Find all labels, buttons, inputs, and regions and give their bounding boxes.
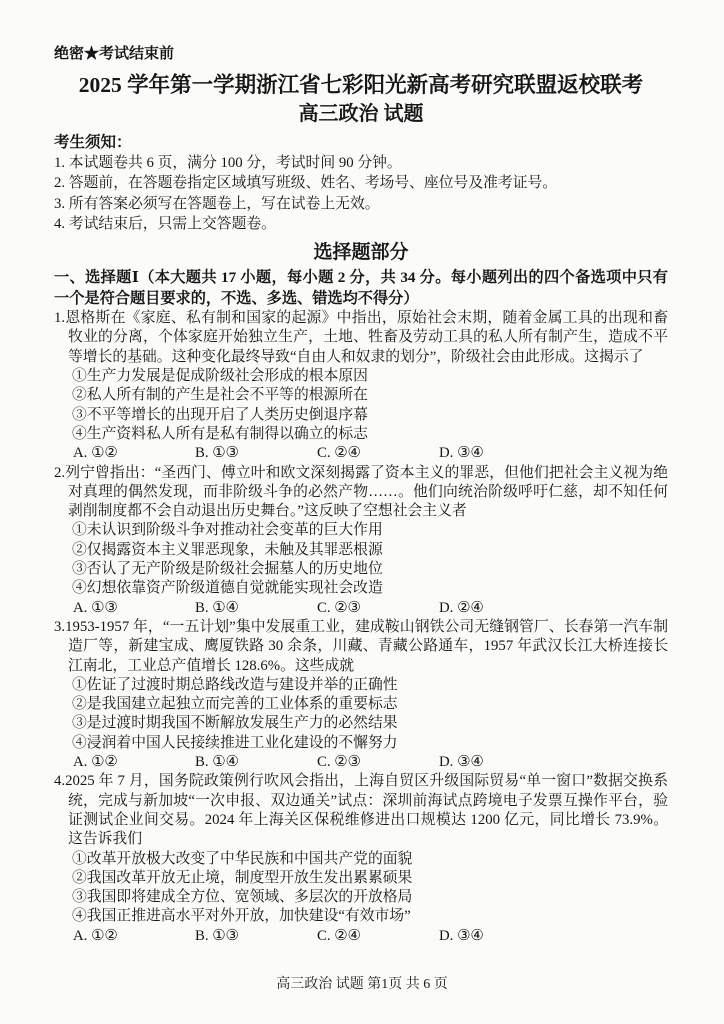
question-1-statement-2: ②私人所有制的产生是社会不平等的根源所在 <box>54 386 668 405</box>
exam-title: 2025 学年第一学期浙江省七彩阳光新高考研究联盟返校联考 <box>54 72 668 99</box>
question-4-statement-3: ③我国即将建成全方位、宽领域、多层次的开放格局 <box>54 888 668 907</box>
question-4-choices: A. ①② B. ①③ C. ②④ D. ③④ <box>54 927 668 946</box>
question-1-statement-4: ④生产资料私人所有是私有制得以确立的标志 <box>54 425 668 444</box>
question-3-choices: A. ①② B. ①④ C. ②③ D. ③④ <box>54 753 668 772</box>
question-1-choices: A. ①② B. ①③ C. ②④ D. ③④ <box>54 444 668 463</box>
question-3-choice-c: C. ②③ <box>317 753 439 772</box>
question-1-choice-b: B. ①③ <box>195 444 317 463</box>
question-1-statement-3: ③不平等增长的出现开启了人类历史倒退序幕 <box>54 406 668 425</box>
question-3: 3.1953-1957 年，“一五计划”集中发展重工业，建成鞍山钢铁公司无缝钢管… <box>54 618 668 772</box>
question-2-stem: 2.列宁曾指出：“圣西门、傅立叶和欧文深刻揭露了资本主义的罪恶，但他们把社会主义… <box>54 464 668 522</box>
page-footer: 高三政治 试题 第1页 共 6 页 <box>0 976 724 994</box>
question-4-statement-4: ④我国正推进高水平对外开放，加快建设“有效市场” <box>54 907 668 926</box>
candidate-notes-heading: 考生须知： <box>54 133 668 153</box>
question-2-choice-d: D. ②④ <box>439 599 484 618</box>
question-2-choice-c: C. ②③ <box>317 599 439 618</box>
question-3-choice-d: D. ③④ <box>439 753 484 772</box>
question-3-choice-b: B. ①④ <box>195 753 317 772</box>
question-4-stem: 4.2025 年 7 月，国务院政策例行吹风会指出，上海自贸区升级国际贸易“单一… <box>54 772 668 849</box>
section-title: 选择题部分 <box>54 241 668 265</box>
question-3-choice-a: A. ①② <box>73 753 195 772</box>
question-2-statement-3: ③否认了无产阶级是阶级社会掘墓人的历史地位 <box>54 560 668 579</box>
question-2-choices: A. ①③ B. ①④ C. ②③ D. ②④ <box>54 599 668 618</box>
candidate-note-2: 2. 答题前，在答题卷指定区域填写班级、姓名、考场号、座位号及准考证号。 <box>54 173 668 193</box>
question-3-statement-2: ②是我国建立起独立而完善的工业体系的重要标志 <box>54 695 668 714</box>
question-2-choice-b: B. ①④ <box>195 599 317 618</box>
question-2-statement-4: ④幻想依靠资产阶级道德自觉就能实现社会改造 <box>54 579 668 598</box>
question-3-statement-3: ③是过渡时期我国不断解放发展生产力的必然结果 <box>54 714 668 733</box>
question-2: 2.列宁曾指出：“圣西门、傅立叶和欧文深刻揭露了资本主义的罪恶，但他们把社会主义… <box>54 464 668 618</box>
question-4-statement-2: ②我国改革开放无止境，制度型开放生发出累累硕果 <box>54 869 668 888</box>
exam-paper-page: 绝密★考试结束前 2025 学年第一学期浙江省七彩阳光新高考研究联盟返校联考 高… <box>0 0 724 1024</box>
question-1-stem: 1.恩格斯在《家庭、私有制和国家的起源》中指出，原始社会末期，随着金属工具的出现… <box>54 309 668 367</box>
candidate-note-1: 1. 本试题卷共 6 页，满分 100 分，考试时间 90 分钟。 <box>54 153 668 173</box>
question-3-statement-4: ④浸润着中国人民接续推进工业化建设的不懈努力 <box>54 734 668 753</box>
exam-subtitle: 高三政治 试题 <box>54 102 668 127</box>
secrecy-notice: 绝密★考试结束前 <box>54 44 668 64</box>
candidate-note-4: 4. 考试结束后，只需上交答题卷。 <box>54 214 668 234</box>
question-3-statement-1: ①佐证了过渡时期总路线改造与建设并举的正确性 <box>54 676 668 695</box>
question-2-statement-2: ②仅揭露资本主义罪恶现象，未触及其罪恶根源 <box>54 541 668 560</box>
question-3-stem: 3.1953-1957 年，“一五计划”集中发展重工业，建成鞍山钢铁公司无缝钢管… <box>54 618 668 676</box>
question-4: 4.2025 年 7 月，国务院政策例行吹风会指出，上海自贸区升级国际贸易“单一… <box>54 772 668 946</box>
candidate-note-3: 3. 所有答案必须写在答题卷上，写在试卷上无效。 <box>54 194 668 214</box>
question-4-statement-1: ①改革开放极大改变了中华民族和中国共产党的面貌 <box>54 850 668 869</box>
page-content: 绝密★考试结束前 2025 学年第一学期浙江省七彩阳光新高考研究联盟返校联考 高… <box>0 0 724 946</box>
question-4-choice-c: C. ②④ <box>317 927 439 946</box>
question-2-choice-a: A. ①③ <box>73 599 195 618</box>
question-1-statement-1: ①生产力发展是促成阶级社会形成的根本原因 <box>54 367 668 386</box>
question-4-choice-a: A. ①② <box>73 927 195 946</box>
question-1-choice-a: A. ①② <box>73 444 195 463</box>
question-1-choice-d: D. ③④ <box>439 444 484 463</box>
question-2-statement-1: ①未认识到阶级斗争对推动社会变革的巨大作用 <box>54 521 668 540</box>
question-1: 1.恩格斯在《家庭、私有制和国家的起源》中指出，原始社会末期，随着金属工具的出现… <box>54 309 668 463</box>
question-4-choice-b: B. ①③ <box>195 927 317 946</box>
question-4-choice-d: D. ③④ <box>439 927 484 946</box>
question-1-choice-c: C. ②④ <box>317 444 439 463</box>
section-instructions: 一、选择题Ⅰ（本大题共 17 小题，每小题 2 分，共 34 分。每小题列出的四… <box>54 267 668 309</box>
